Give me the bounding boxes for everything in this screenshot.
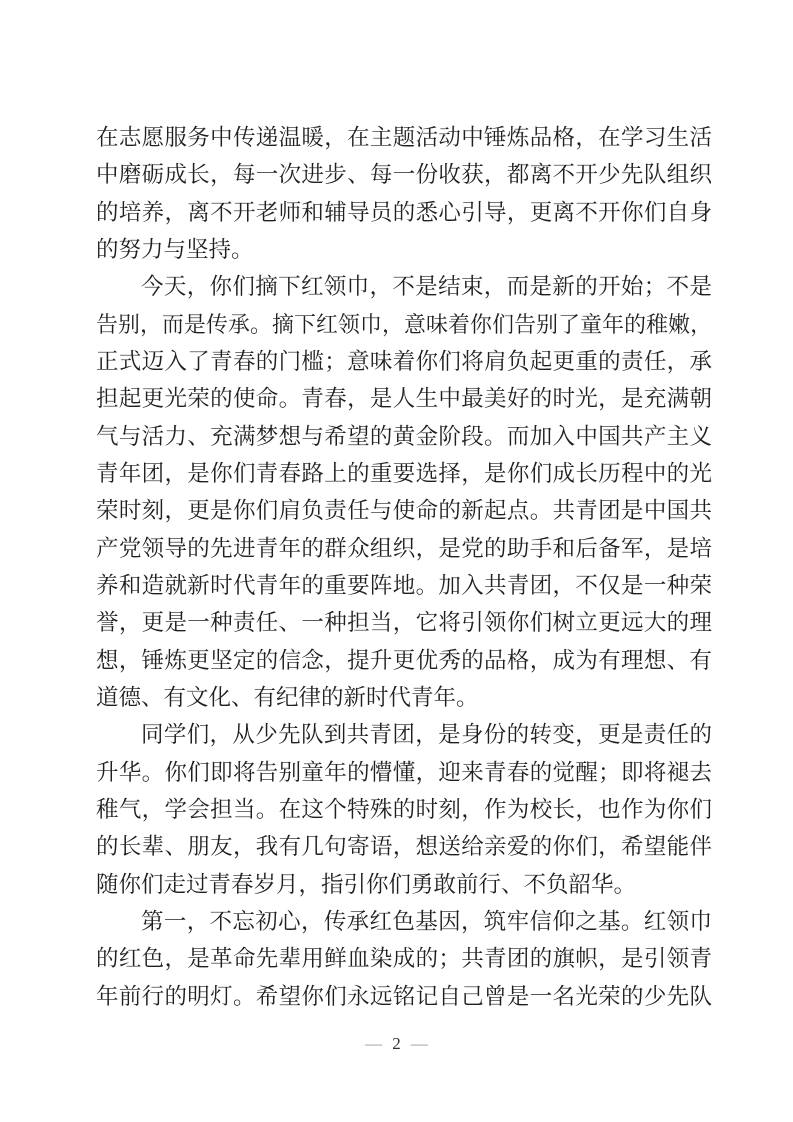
- text-line: 想，锤炼更坚定的信念，提升更优秀的品格，成为有理想、有: [96, 642, 712, 679]
- text-line: 担起更光荣的使命。青春，是人生中最美好的时光，是充满朝: [96, 380, 712, 417]
- text-line: 今天，你们摘下红领巾，不是结束，而是新的开始；不是: [96, 268, 712, 305]
- text-line: 随你们走过青春岁月，指引你们勇敢前行、不负韶华。: [96, 866, 712, 903]
- document-page: 在志愿服务中传递温暖，在主题活动中锤炼品格，在学习生活中磨砺成长，每一次进步、每…: [0, 0, 793, 1122]
- paragraph: 今天，你们摘下红领巾，不是结束，而是新的开始；不是告别，而是传承。摘下红领巾，意…: [96, 268, 712, 716]
- text-line: 气与活力、充满梦想与希望的黄金阶段。而加入中国共产主义: [96, 418, 712, 455]
- text-line: 中磨砺成长，每一次进步、每一份收获，都离不开少先队组织: [96, 156, 712, 193]
- text-line: 的培养，离不开老师和辅导员的悉心引导，更离不开你们自身: [96, 194, 712, 231]
- text-line: 养和造就新时代青年的重要阵地。加入共青团，不仅是一种荣: [96, 567, 712, 604]
- text-line: 青年团，是你们青春路上的重要选择，是你们成长历程中的光: [96, 455, 712, 492]
- footer-left-dash: —: [365, 1034, 382, 1053]
- text-line: 稚气，学会担当。在这个特殊的时刻，作为校长，也作为你们: [96, 791, 712, 828]
- text-line: 产党领导的先进青年的群众组织，是党的助手和后备军，是培: [96, 530, 712, 567]
- footer-right-dash: —: [411, 1034, 428, 1053]
- text-line: 道德、有文化、有纪律的新时代青年。: [96, 679, 712, 716]
- text-line: 的长辈、朋友，我有几句寄语，想送给亲爱的你们，希望能伴: [96, 828, 712, 865]
- text-line: 的红色，是革命先辈用鲜血染成的；共青团的旗帜，是引领青: [96, 940, 712, 977]
- text-line: 第一，不忘初心，传承红色基因，筑牢信仰之基。红领巾: [96, 903, 712, 940]
- text-line: 年前行的明灯。希望你们永远铭记自己曾是一名光荣的少先队: [96, 978, 712, 1015]
- paragraph: 同学们，从少先队到共青团，是身份的转变，更是责任的升华。你们即将告别童年的懵懂，…: [96, 716, 712, 903]
- text-line: 告别，而是传承。摘下红领巾，意味着你们告别了童年的稚嫩，: [96, 306, 712, 343]
- text-line: 在志愿服务中传递温暖，在主题活动中锤炼品格，在学习生活: [96, 119, 712, 156]
- page-number: 2: [392, 1034, 401, 1053]
- text-line: 正式迈入了青春的门槛；意味着你们将肩负起更重的责任，承: [96, 343, 712, 380]
- text-line: 荣时刻，更是你们肩负责任与使命的新起点。共青团是中国共: [96, 492, 712, 529]
- text-line: 誉，更是一种责任、一种担当，它将引领你们树立更远大的理: [96, 604, 712, 641]
- document-body: 在志愿服务中传递温暖，在主题活动中锤炼品格，在学习生活中磨砺成长，每一次进步、每…: [96, 119, 712, 1015]
- paragraph: 第一，不忘初心，传承红色基因，筑牢信仰之基。红领巾的红色，是革命先辈用鲜血染成的…: [96, 903, 712, 1015]
- text-line: 同学们，从少先队到共青团，是身份的转变，更是责任的: [96, 716, 712, 753]
- text-line: 升华。你们即将告别童年的懵懂，迎来青春的觉醒；即将褪去: [96, 754, 712, 791]
- text-line: 的努力与坚持。: [96, 231, 712, 268]
- page-footer: —2—: [0, 1032, 793, 1056]
- paragraph: 在志愿服务中传递温暖，在主题活动中锤炼品格，在学习生活中磨砺成长，每一次进步、每…: [96, 119, 712, 268]
